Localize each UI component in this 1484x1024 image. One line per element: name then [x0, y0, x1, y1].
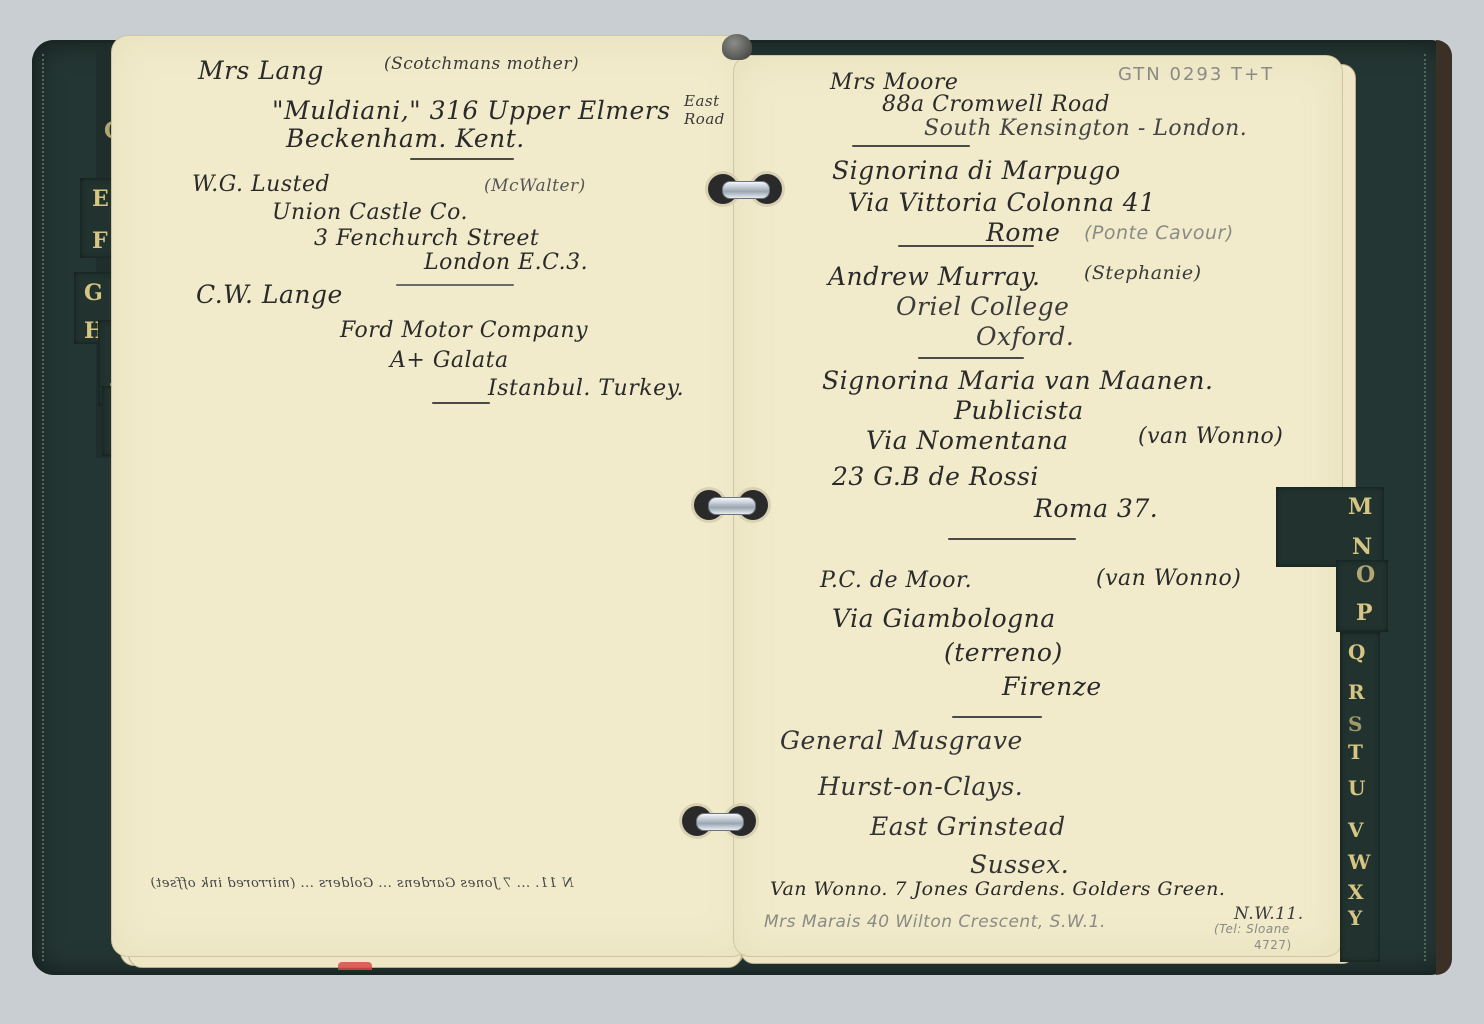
entry-line: (terreno) — [944, 638, 1063, 667]
red-mark — [338, 962, 372, 970]
entry-divider — [410, 158, 514, 160]
tab-letter-m[interactable]: M — [1348, 494, 1372, 520]
ink-offset-text: N 11. ... 7 Jones Gardens ... Golders ..… — [150, 876, 573, 891]
cover-worn-edge — [1436, 40, 1452, 975]
entry-name: P.C. de Moor. — [820, 568, 972, 593]
entry-note: (Stephanie) — [1084, 262, 1202, 284]
binder-ring-bottom — [676, 804, 762, 838]
footer-pencil-tel: (Tel: Sloane — [1214, 922, 1290, 936]
tab-letter-p[interactable]: P — [1356, 600, 1373, 626]
entry-line: Via Nomentana — [866, 426, 1068, 455]
entry-line: "Muldiani," 316 Upper Elmers — [272, 96, 671, 125]
ring-metal — [696, 813, 744, 831]
footer-ink-entry: Van Wonno. 7 Jones Gardens. Golders Gree… — [770, 878, 1225, 900]
binder-ring-top — [702, 172, 788, 206]
entry-line: Oriel College — [896, 292, 1069, 321]
binder-ring-middle — [688, 488, 774, 522]
footer-ink-postcode: N.W.11. — [1234, 904, 1304, 924]
entry-line: South Kensington - London. — [924, 116, 1247, 141]
ring-metal — [722, 181, 770, 199]
entry-note: (van Wonno) — [1096, 566, 1241, 591]
entry-note: (Scotchmans mother) — [384, 54, 579, 74]
tab-letter-o[interactable]: O — [1356, 562, 1375, 588]
entry-divider — [852, 145, 970, 147]
tab-letter-s[interactable]: S — [1348, 712, 1362, 736]
tab-letter-v[interactable]: V — [1348, 818, 1364, 842]
entry-line: 23 G.B de Rossi — [832, 462, 1039, 491]
entry-divider — [396, 284, 514, 286]
entry-line: Rome — [986, 218, 1060, 247]
entry-name: Signorina Maria van Maanen. — [822, 366, 1213, 395]
entry-name: Signorina di Marpugo — [832, 156, 1121, 185]
binder-clasp[interactable] — [722, 34, 752, 60]
tab-letter-y[interactable]: Y — [1348, 906, 1362, 930]
entry-line: Hurst-on-Clays. — [818, 772, 1023, 801]
entry-divider — [948, 538, 1076, 540]
entry-name: General Musgrave — [780, 726, 1023, 755]
cover-stitching-right — [1424, 54, 1428, 961]
tab-letter-t[interactable]: T — [1348, 740, 1363, 764]
entry-line: 88a Cromwell Road — [882, 92, 1110, 117]
ring-metal — [708, 497, 756, 515]
footer-pencil-tel-number: 4727) — [1254, 938, 1292, 952]
entry-line: Firenze — [1002, 672, 1102, 701]
tab-letter-r[interactable]: R — [1348, 680, 1365, 704]
entry-note: (van Wonno) — [1138, 424, 1283, 449]
entry-line: Via Giambologna — [832, 604, 1056, 633]
entry-line: London E.C.3. — [424, 250, 588, 275]
entry-margin-note: East — [684, 92, 720, 110]
entry-line: East Grinstead — [870, 812, 1066, 841]
entry-line: A+ Galata — [390, 348, 509, 373]
tab-letter-w[interactable]: W — [1348, 850, 1370, 874]
entry-line: Via Vittoria Colonna 41 — [848, 188, 1156, 217]
entry-line: Ford Motor Company — [340, 318, 588, 343]
tab-letter-u[interactable]: U — [1348, 776, 1365, 800]
entry-name: Mrs Lang — [198, 56, 324, 85]
entry-line: 3 Fenchurch Street — [314, 226, 539, 251]
entry-divider — [898, 245, 1034, 247]
entry-line: Publicista — [954, 396, 1084, 425]
entry-name: W.G. Lusted — [192, 172, 330, 197]
tab-letter-n[interactable]: N — [1352, 534, 1372, 560]
tab-letter-x[interactable]: X — [1348, 880, 1364, 904]
entry-note: (Ponte Cavour) — [1084, 222, 1234, 244]
entry-name: C.W. Lange — [196, 280, 343, 309]
entry-line: Beckenham. Kent. — [286, 124, 525, 153]
entry-line: Sussex. — [970, 850, 1069, 879]
entry-note: (McWalter) — [484, 176, 586, 196]
catalog-reference: GTN 0293 T+T — [1118, 64, 1274, 85]
tab-letter-g[interactable]: G — [84, 280, 103, 306]
tab-letter-f[interactable]: F — [92, 228, 108, 254]
tab-letter-q[interactable]: Q — [1348, 640, 1365, 664]
entry-line: Istanbul. Turkey. — [488, 376, 684, 401]
entry-name: Andrew Murray. — [828, 262, 1041, 291]
entry-line: Roma 37. — [1034, 494, 1158, 523]
entry-margin-note: Road — [684, 110, 725, 128]
entry-line: Union Castle Co. — [272, 200, 468, 225]
entry-line: Oxford. — [976, 322, 1074, 351]
tab-letter-e[interactable]: E — [92, 186, 109, 212]
entry-divider — [432, 402, 490, 404]
footer-pencil-entry: Mrs Marais 40 Wilton Crescent, S.W.1. — [764, 912, 1106, 932]
entry-divider — [918, 357, 1024, 359]
entry-divider — [952, 716, 1042, 718]
cover-stitching-left — [42, 54, 46, 961]
